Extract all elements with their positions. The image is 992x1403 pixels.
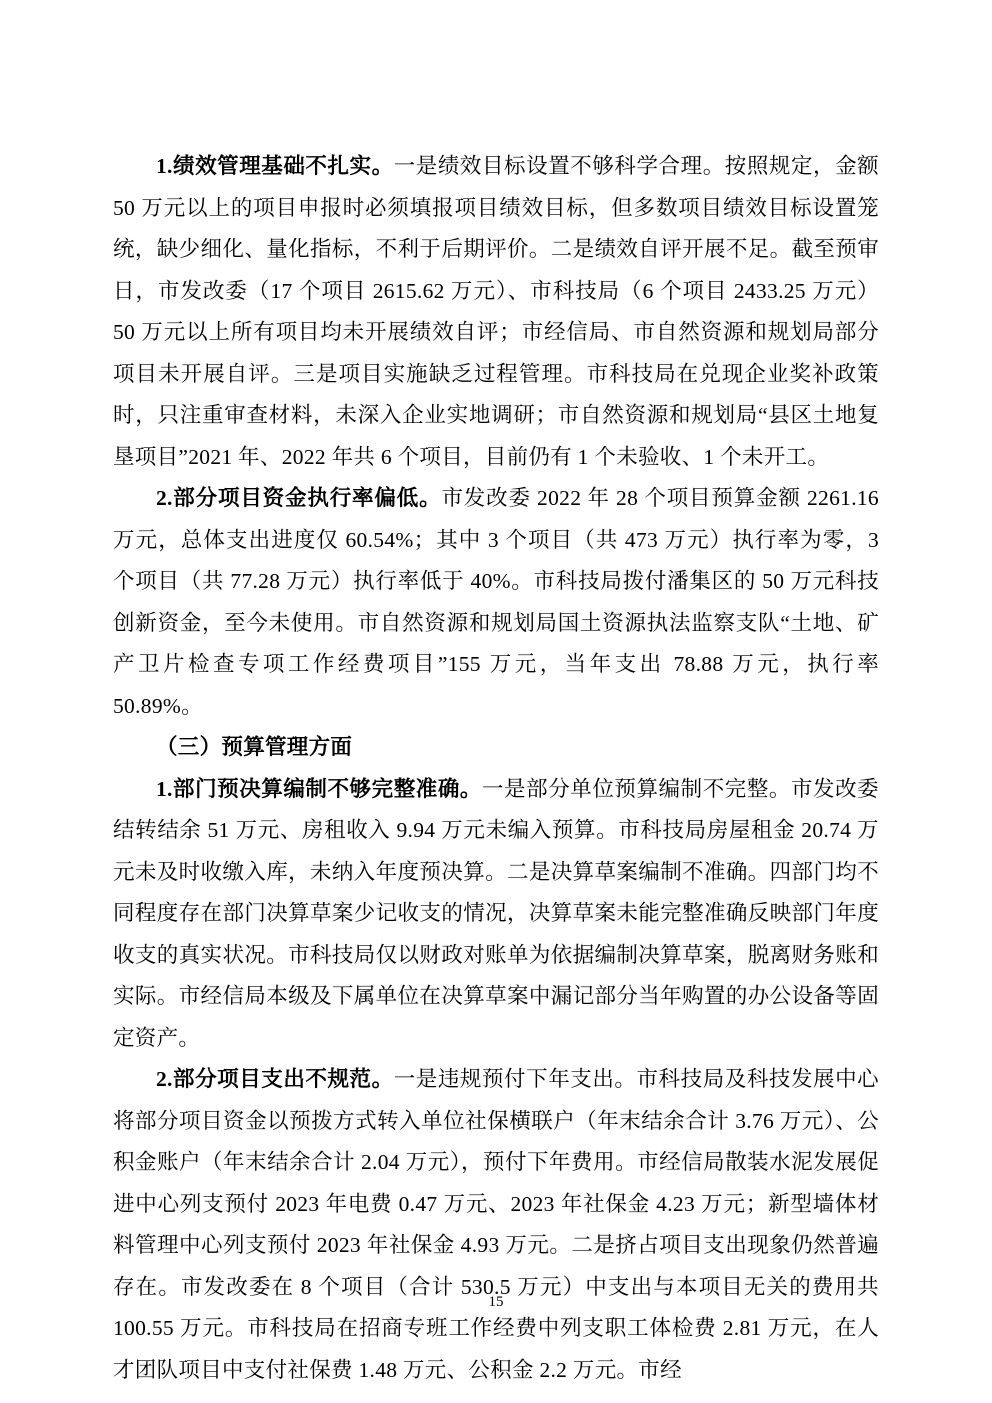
page-number: 15 [0,1292,992,1312]
paragraph-lead-bold: 1.部门预决算编制不够完整准确。 [156,777,482,801]
paragraph-body-text: 市发改委 2022 年 28 个项目预算金额 2261.16 万元，总体支出进度… [113,486,879,718]
paragraph-body-text: 一是绩效目标设置不够科学合理。按照规定，金额 50 万元以上的项目申报时必须填报… [113,154,879,469]
paragraph-budget-preparation: 1.部门预决算编制不够完整准确。一是部分单位预算编制不完整。市发改委结转结余 5… [113,769,879,1060]
paragraph-body-text: 一是违规预付下年支出。市科技局及科技发展中心将部分项目资金以预拨方式转入单位社保… [113,1067,879,1382]
paragraph-performance-basis: 1.绩效管理基础不扎实。一是绩效目标设置不够科学合理。按照规定，金额 50 万元… [113,146,879,478]
paragraph-lead-bold: 1.绩效管理基础不扎实。 [156,154,394,178]
paragraph-body-text: 一是部分单位预算编制不完整。市发改委结转结余 51 万元、房租收入 9.94 万… [113,777,879,1050]
paragraph-lead-bold: 2.部分项目资金执行率偏低。 [156,486,441,510]
paragraph-irregular-expenditure: 2.部分项目支出不规范。一是违规预付下年支出。市科技局及科技发展中心将部分项目资… [113,1059,879,1391]
paragraph-low-execution-rate: 2.部分项目资金执行率偏低。市发改委 2022 年 28 个项目预算金额 226… [113,478,879,727]
document-text-block: 1.绩效管理基础不扎实。一是绩效目标设置不够科学合理。按照规定，金额 50 万元… [113,146,879,1391]
paragraph-lead-bold: 2.部分项目支出不规范。 [156,1067,394,1091]
document-page: 1.绩效管理基础不扎实。一是绩效目标设置不够科学合理。按照规定，金额 50 万元… [0,0,992,1403]
section-heading-budget-management: （三）预算管理方面 [113,727,879,769]
section-heading-text: （三）预算管理方面 [156,735,352,759]
